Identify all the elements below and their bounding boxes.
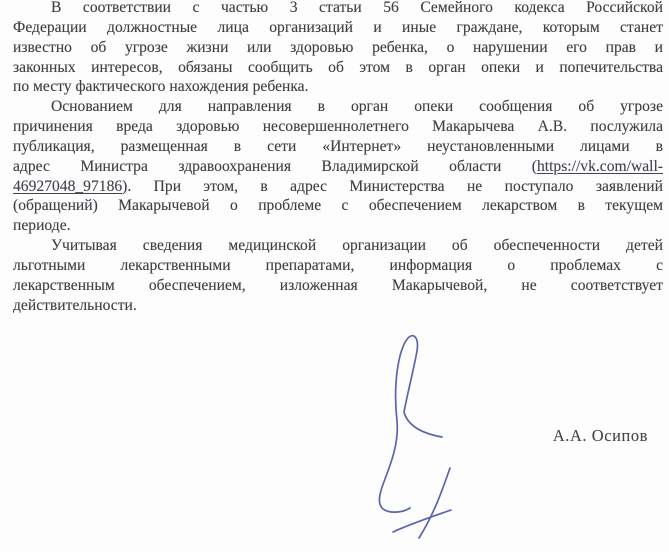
text-line: Основанием для направления в орган опеки…: [13, 97, 663, 117]
vk-wall-link[interactable]: https://vk.com/wall-: [537, 158, 663, 175]
text-line: Федерации должностные лица организаций и…: [13, 18, 663, 38]
signature-stroke-cross: [393, 510, 451, 532]
text-line: 46927048_97186). При этом, в адрес Минис…: [13, 177, 663, 197]
text-line: публикация, размещенная в сети «Интернет…: [13, 137, 663, 157]
text-line: В соответствии с частью 3 статьи 56 Семе…: [13, 0, 663, 18]
document-page: В соответствии с частью 3 статьи 56 Семе…: [0, 0, 669, 552]
text-line: известно об угрозе жизни или здоровью ре…: [13, 38, 663, 58]
signature-stroke-diagonal: [419, 468, 450, 538]
signature-ink: [363, 330, 460, 548]
text-line: Учитывая сведения медицинской организаци…: [13, 236, 663, 256]
paragraph-legal-basis: В соответствии с частью 3 статьи 56 Семе…: [13, 0, 663, 97]
vk-wall-link[interactable]: 46927048_97186: [13, 178, 122, 195]
text-line: лекарственным обеспечением, изложенная М…: [13, 276, 663, 296]
paragraph-conclusion: Учитывая сведения медицинской организаци…: [13, 236, 663, 315]
text-segment: адрес Министра здравоохранения Владимирс…: [13, 158, 537, 175]
text-line: законных интересов, обязаны сообщить об …: [13, 58, 663, 78]
paragraph-grounds: Основанием для направления в орган опеки…: [13, 97, 663, 236]
text-line: по месту фактического нахождения ребенка…: [13, 77, 663, 97]
signature-stroke-loop: [379, 336, 442, 512]
text-segment: ). При этом, в адрес Министерства не пос…: [122, 178, 663, 195]
document-body-text: В соответствии с частью 3 статьи 56 Семе…: [13, 0, 663, 316]
text-line: льготными лекарственными препаратами, ин…: [13, 256, 663, 276]
text-line: (обращений) Макарычевой о проблеме с обе…: [13, 196, 663, 216]
text-line: причинения вреда здоровью несовершенноле…: [13, 117, 663, 137]
text-line: адрес Министра здравоохранения Владимирс…: [13, 157, 663, 177]
signer-name: А.А. Осипов: [553, 426, 648, 446]
text-line: периоде.: [13, 216, 663, 236]
text-line: действительности.: [13, 296, 663, 316]
